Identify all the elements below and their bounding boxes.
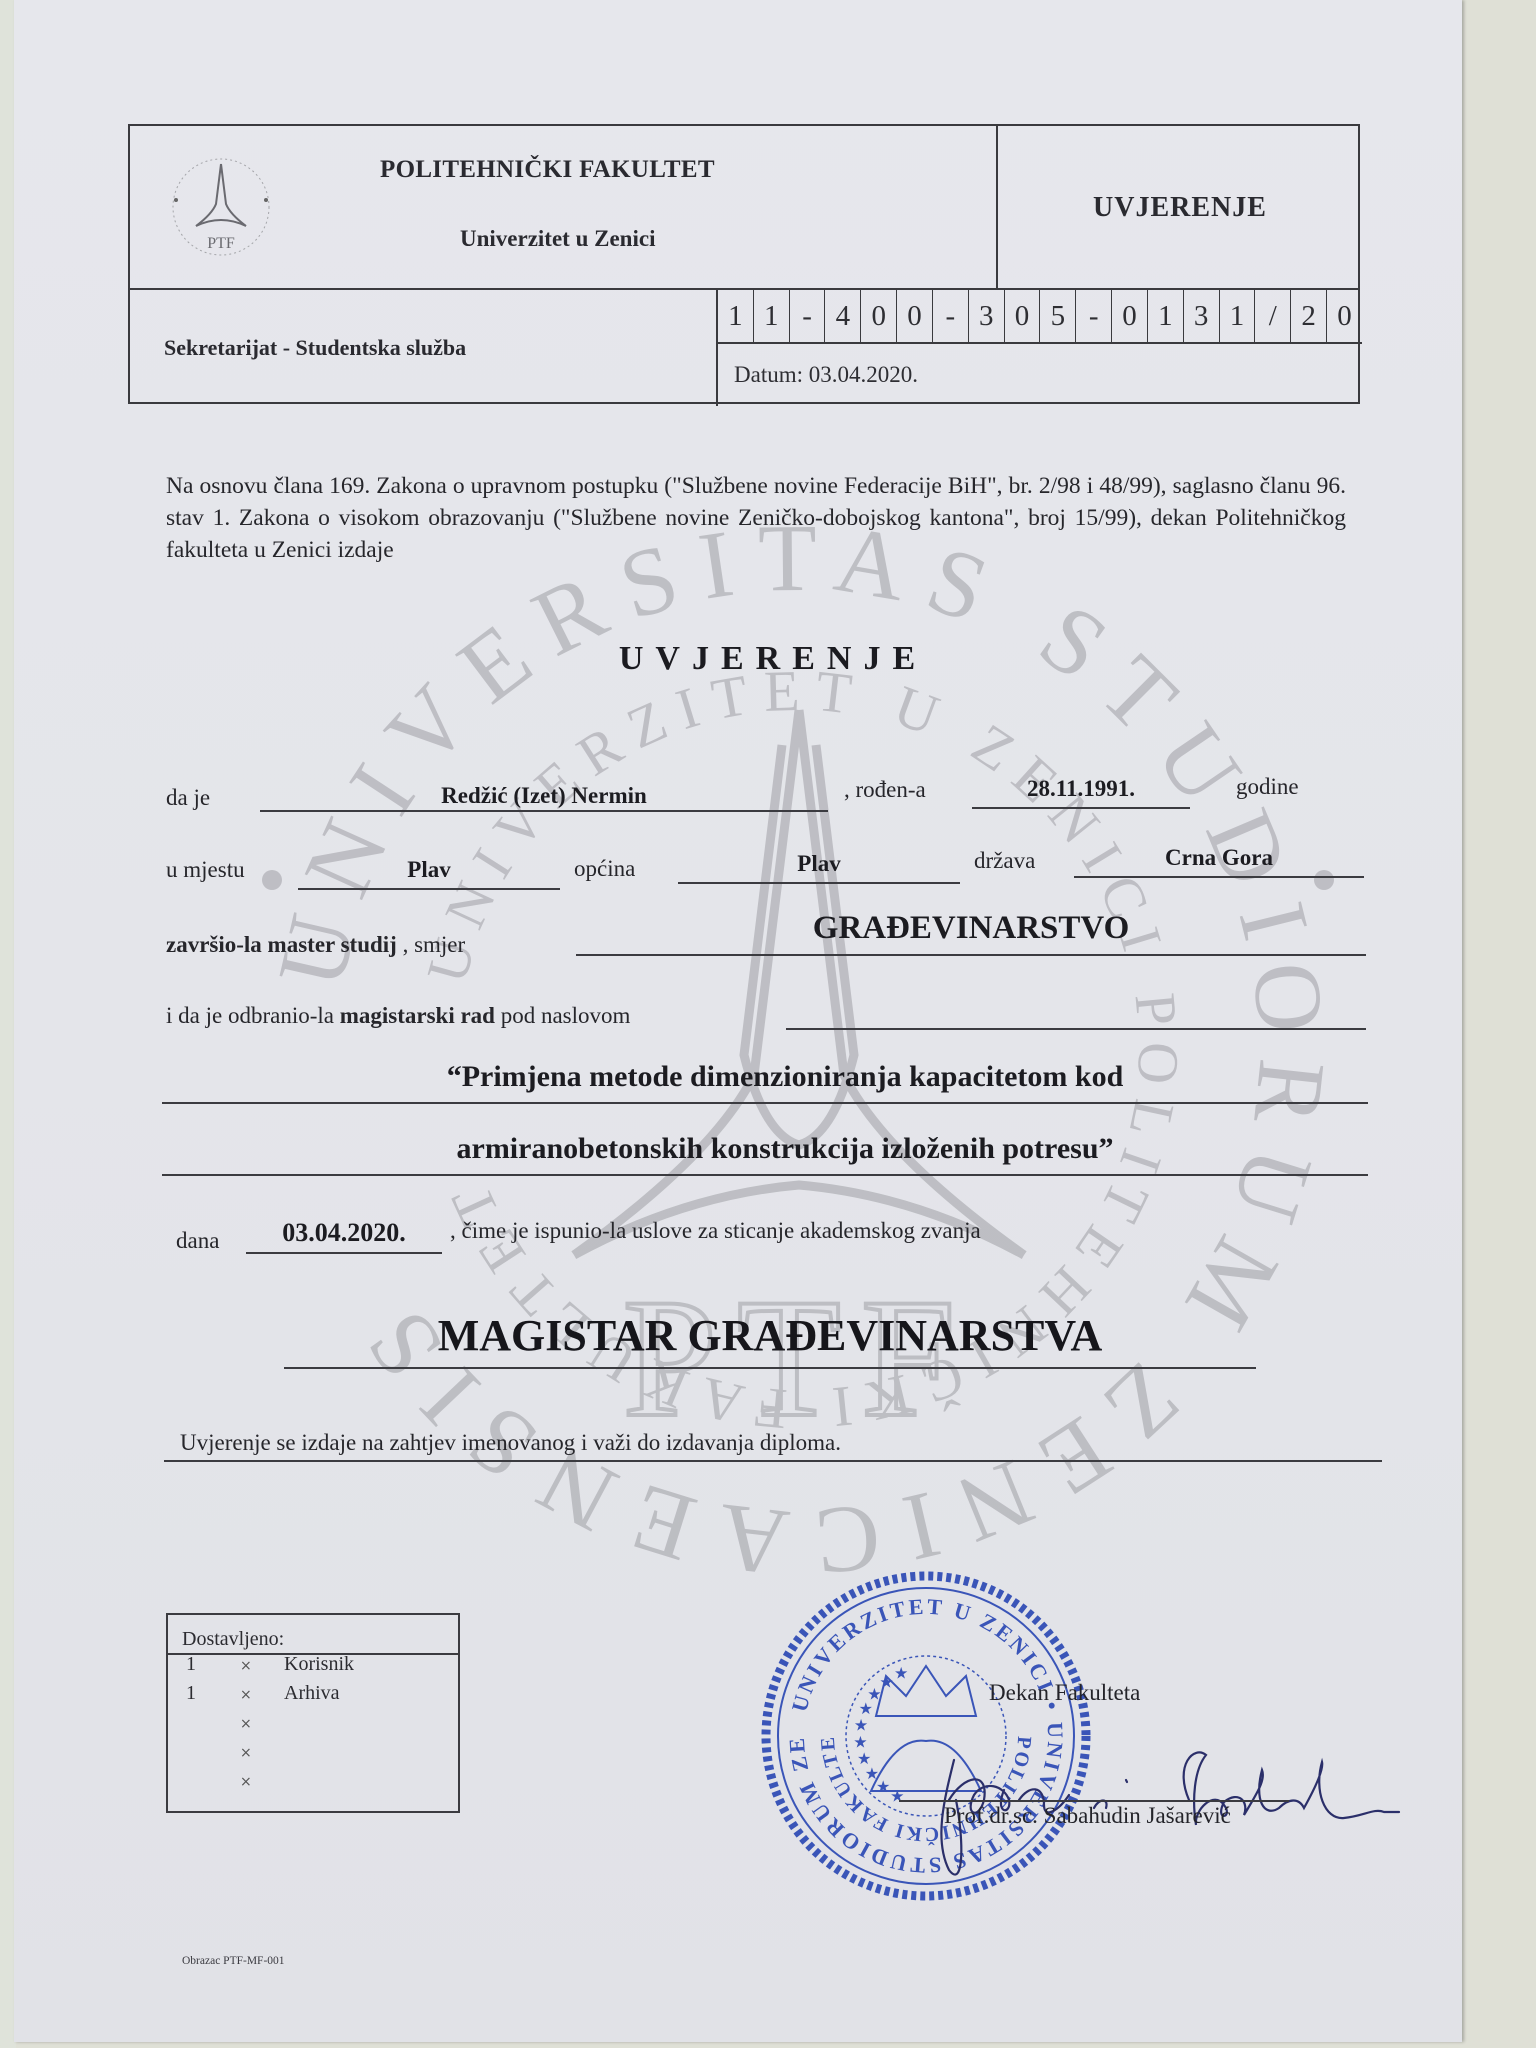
born-label: , rođen-a xyxy=(844,777,926,803)
distribution-qty: 1 xyxy=(186,1679,196,1708)
registration-number-cell: 5 xyxy=(1040,290,1076,342)
registration-number-cell: 0 xyxy=(1005,290,1041,342)
university-name: Univerzitet u Zenici xyxy=(460,226,655,252)
registration-number-cell: 0 xyxy=(861,290,897,342)
registration-number-cell: 3 xyxy=(969,290,1005,342)
municipality: Plav xyxy=(678,852,960,884)
da-je-label: da je xyxy=(166,785,210,811)
svg-text:★: ★ xyxy=(865,1764,879,1783)
svg-text:★: ★ xyxy=(857,1749,871,1768)
distribution-row: × xyxy=(168,1713,458,1742)
municipality-label: općina xyxy=(574,856,635,882)
godine-label: godine xyxy=(1236,774,1299,800)
distribution-recipient: Korisnik xyxy=(284,1650,354,1679)
dean-title: Dekan Fakulteta xyxy=(989,1680,1140,1706)
registration-number-cell: 2 xyxy=(1291,290,1327,342)
thesis-title-line-2: armiranobetonskih konstrukcija izloženih… xyxy=(162,1132,1368,1176)
svg-text:★: ★ xyxy=(894,1664,908,1683)
svg-text:PTF: PTF xyxy=(207,235,235,252)
dana-label: dana xyxy=(176,1228,219,1254)
official-stamp-icon: UNIVERZITET U ZENICI • UNIVERSITAS STUDI… xyxy=(756,1566,1096,1906)
study-program: GRAĐEVINARSTVO xyxy=(576,912,1366,956)
birth-place: Plav xyxy=(298,858,560,890)
registration-number-cell: 1 xyxy=(1220,290,1256,342)
institution-cell: PTF POLITEHNIČKI FAKULTET Univerzitet u … xyxy=(130,126,998,290)
svg-text:★: ★ xyxy=(867,1684,881,1703)
thesis-type: magistarski rad xyxy=(340,1003,495,1028)
place-label: u mjestu xyxy=(166,857,245,883)
signature-line xyxy=(899,1800,1289,1802)
svg-text:★: ★ xyxy=(879,1672,893,1691)
registration-number-cell: - xyxy=(790,290,826,342)
cross-mark-icon: × xyxy=(240,1681,252,1710)
cross-mark-icon: × xyxy=(240,1739,252,1768)
registration-number-cell: / xyxy=(1255,290,1291,342)
registration-number-cell: 4 xyxy=(825,290,861,342)
svg-text:★: ★ xyxy=(876,1777,890,1796)
thesis-title-line-1: “Primjena metode dimenzioniranja kapacit… xyxy=(162,1060,1368,1104)
form-code: Obrazac PTF-MF-001 xyxy=(182,1955,285,1967)
program-label: , smjer xyxy=(397,932,465,957)
birth-date: 28.11.1991. xyxy=(972,777,1190,809)
svg-text:UNIVERZITET U ZENICI • UNIVERS: UNIVERZITET U ZENICI • UNIVERSITAS STUDI… xyxy=(756,1566,1068,1878)
fulfilled-conditions-label: , čime je ispunio-la uslove za sticanje … xyxy=(450,1218,981,1244)
completed-study-label: završio-la master studij , smjer xyxy=(166,932,465,958)
country: Crna Gora xyxy=(1074,846,1364,878)
document-type: UVJERENJE xyxy=(998,126,1362,290)
faculty-logo-icon: PTF xyxy=(166,152,276,262)
thesis-intro-blank xyxy=(786,1000,1366,1030)
issue-date: Datum: 03.04.2020. xyxy=(718,344,1362,406)
registration-number: 11-400-305-0131/20 xyxy=(718,290,1362,344)
svg-text:★: ★ xyxy=(890,1787,904,1806)
registration-number-cell: - xyxy=(933,290,969,342)
registration-number-cell: 0 xyxy=(897,290,933,342)
thesis-intro-start: i da je odbranio-la xyxy=(166,1003,340,1028)
registration-number-cell: 1 xyxy=(718,290,754,342)
completed-study-bold: završio-la master studij xyxy=(166,932,397,957)
thesis-intro-label: i da je odbranio-la magistarski rad pod … xyxy=(166,1003,630,1029)
handwritten-signature-icon xyxy=(894,1690,1414,1890)
svg-text:★: ★ xyxy=(853,1732,867,1751)
svg-text:★: ★ xyxy=(859,1699,873,1718)
cross-mark-icon: × xyxy=(240,1710,252,1739)
registration-number-cell: 1 xyxy=(754,290,790,342)
distribution-row: × xyxy=(168,1771,458,1800)
department-name: Sekretarijat - Studentska služba xyxy=(130,290,718,406)
registration-number-cell: 3 xyxy=(1184,290,1220,342)
dean-name: Prof.dr.sc. Sabahudin Jašarević xyxy=(944,1803,1231,1829)
faculty-name: POLITEHNIČKI FAKULTET xyxy=(380,156,715,184)
registration-number-cell: 0 xyxy=(1327,290,1362,342)
validity-statement: Uvjerenje se izdaje na zahtjev imenovano… xyxy=(164,1430,1382,1462)
header-top-row: PTF POLITEHNIČKI FAKULTET Univerzitet u … xyxy=(130,126,1358,290)
document-header-table: PTF POLITEHNIČKI FAKULTET Univerzitet u … xyxy=(128,124,1360,404)
distribution-row: 1×Arhiva xyxy=(168,1684,458,1713)
registration-number-cell: 1 xyxy=(1148,290,1184,342)
distribution-heading: Dostavljeno: xyxy=(168,1615,458,1655)
defense-date: 03.04.2020. xyxy=(246,1220,442,1254)
thesis-intro-end: pod naslovom xyxy=(495,1003,630,1028)
country-label: država xyxy=(974,848,1035,874)
certificate-title: UVJERENJE xyxy=(14,640,1462,678)
cross-mark-icon: × xyxy=(240,1652,252,1681)
distribution-qty: 1 xyxy=(186,1650,196,1679)
registration-number-cell: - xyxy=(1076,290,1112,342)
certificate-page: UNIVERSITAS STUDIORUM ZENICAENSIS UNIVER… xyxy=(14,0,1462,2042)
distribution-row: × xyxy=(168,1742,458,1771)
legal-preamble: Na osnovu člana 169. Zakona o upravnom p… xyxy=(166,470,1346,566)
distribution-recipient: Arhiva xyxy=(284,1679,340,1708)
registration-number-cell: 0 xyxy=(1112,290,1148,342)
distribution-list: Dostavljeno: 1×Korisnik1×Arhiva××× xyxy=(166,1613,460,1813)
student-full-name: Redžić (Izet) Nermin xyxy=(260,784,828,812)
cross-mark-icon: × xyxy=(240,1768,252,1797)
svg-text:★: ★ xyxy=(854,1715,868,1734)
academic-degree: MAGISTAR GRAĐEVINARSTVA xyxy=(284,1310,1256,1369)
